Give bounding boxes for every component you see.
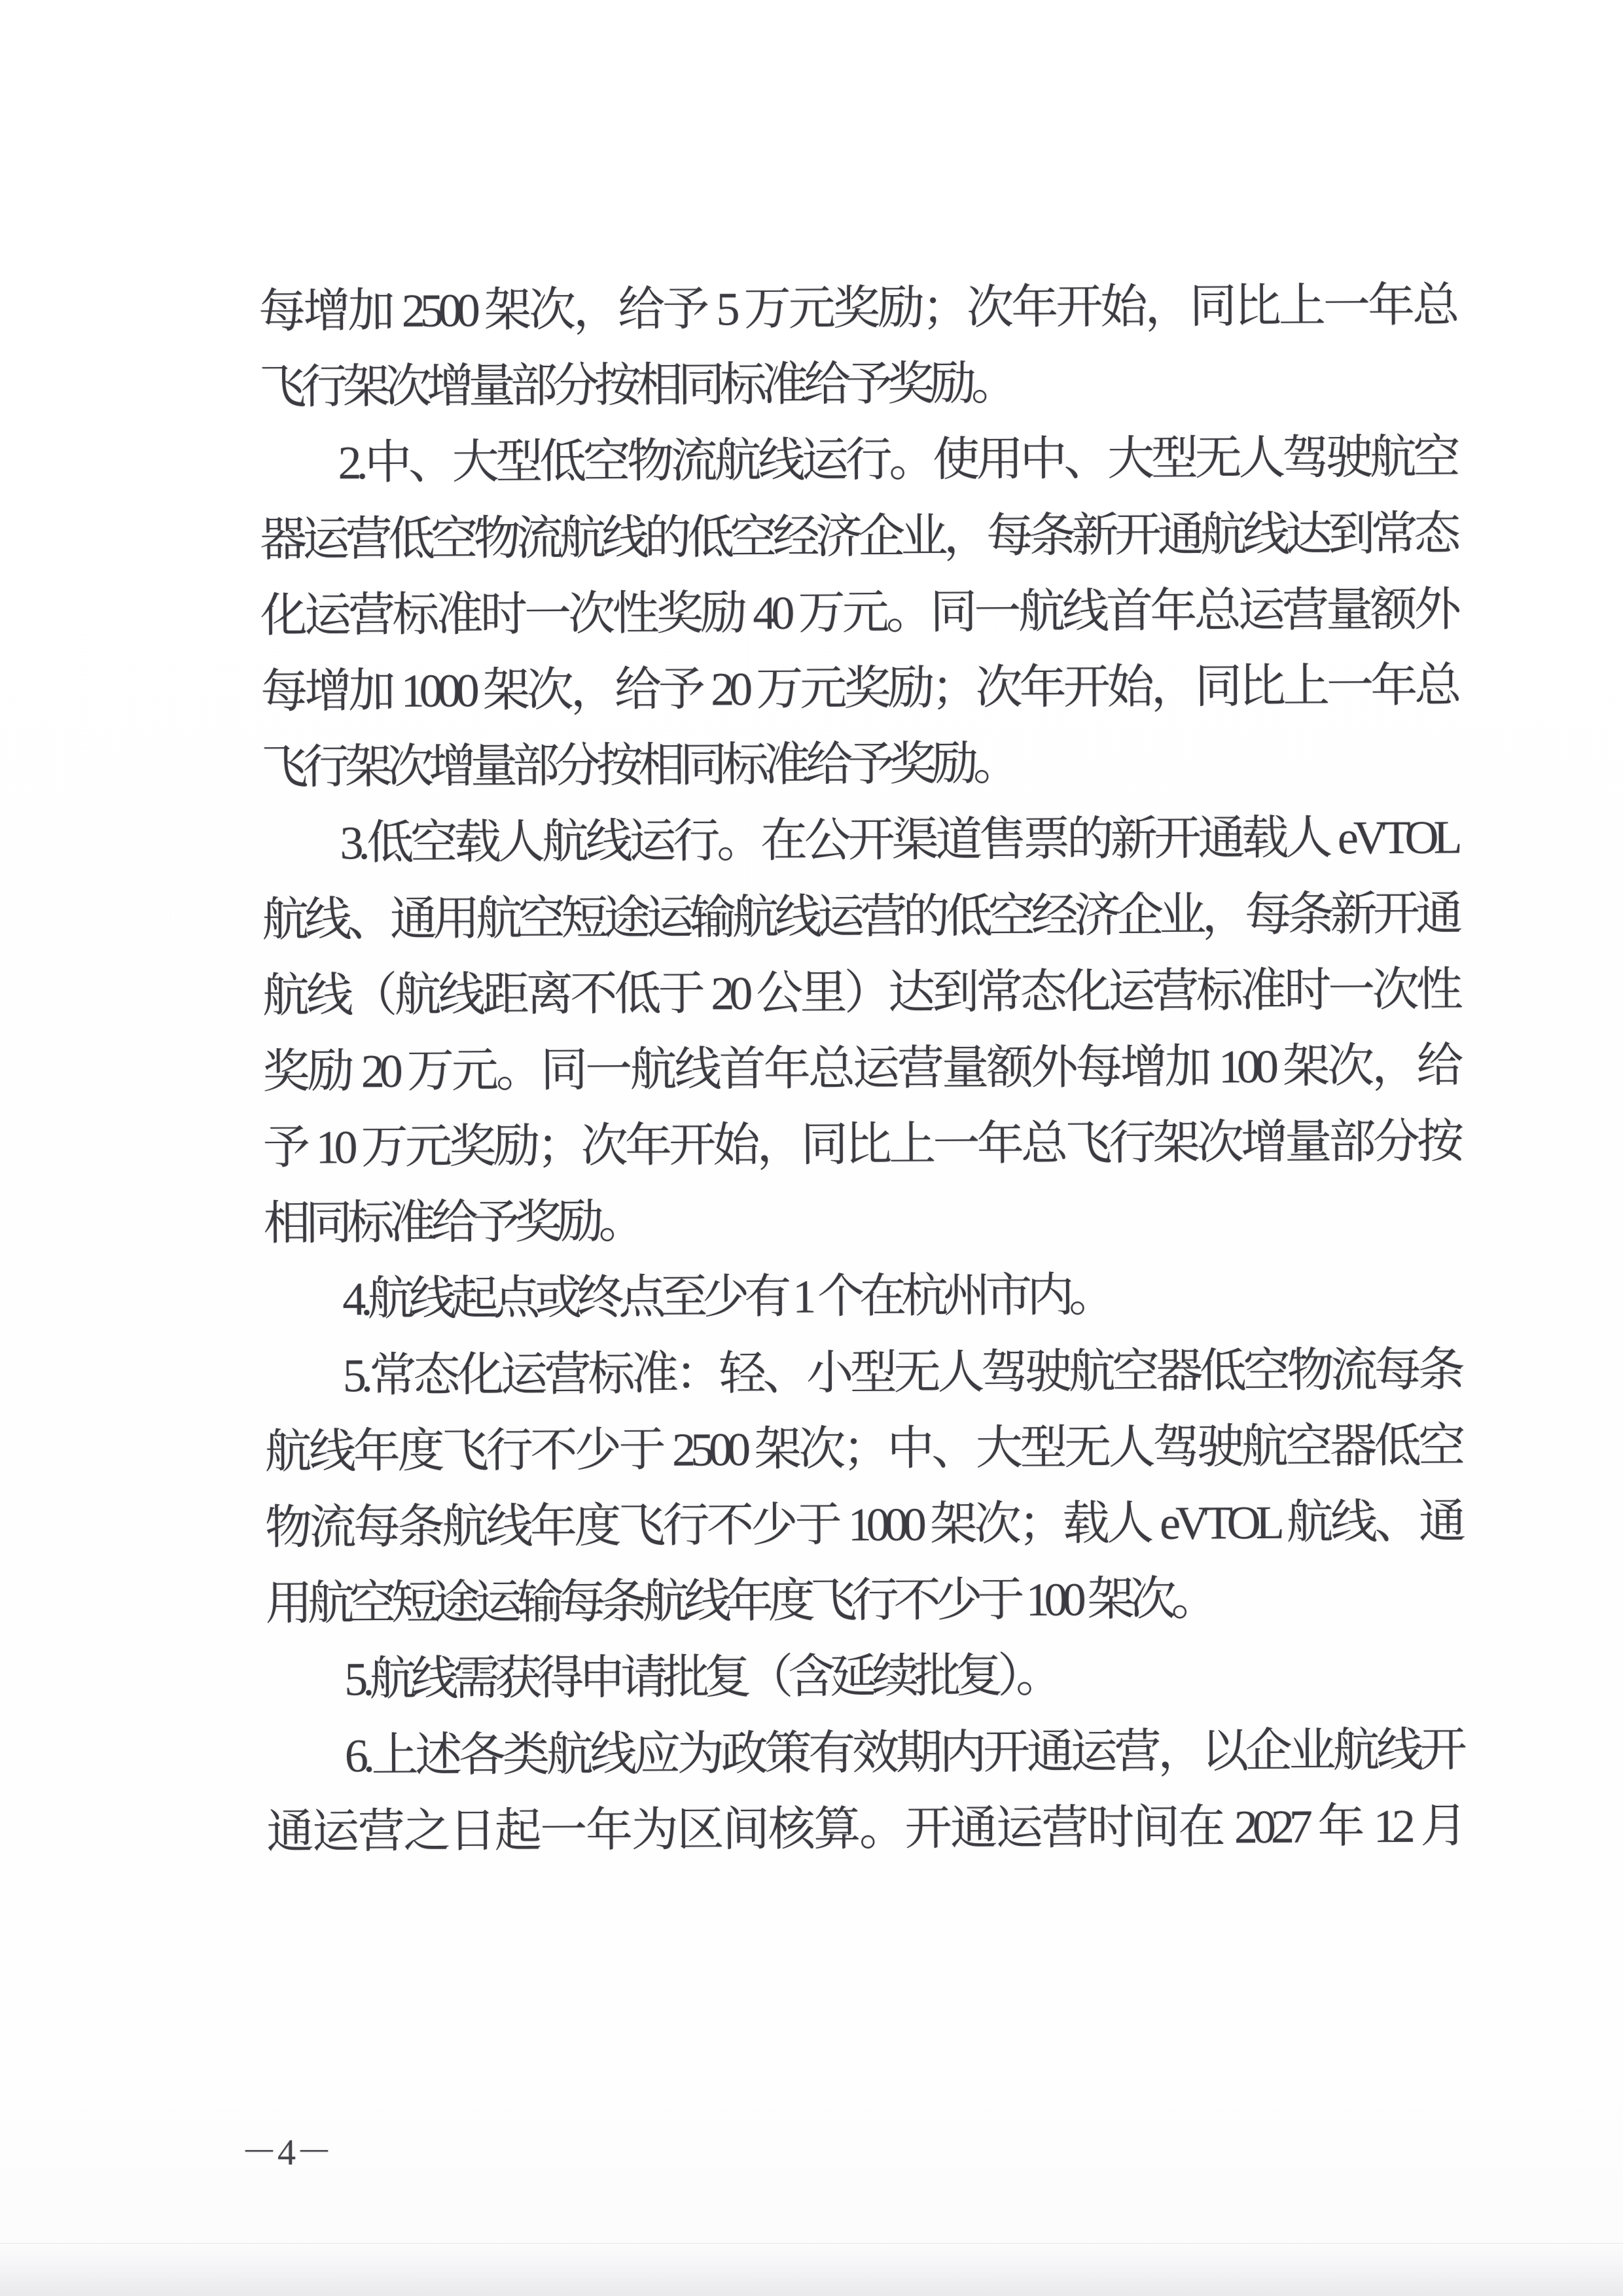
text-line: 6.上述各类航线应为政策有效期内开通运营，以企业航线开 [266,1712,1463,1794]
text-line: 航线、通用航空短途运输航线运营的低空经济企业，每条新开通 [262,875,1458,958]
text-line: 化运营标准时一次性奖励 40 万元。同一航线首年总运营量额外 [260,571,1456,654]
scan-bottom-edge [0,2243,1623,2296]
text-line: 予 10 万元奖励；次年开始，同比上一年总飞行架次增量部分按 [263,1103,1459,1186]
text-line: 通运营之日起一年为区间核算。开通运营时间在 2027 年 12 月 [266,1788,1463,1870]
text-line: 每增加 1000 架次，给予 20 万元奖励；次年开始，同比上一年总 [260,647,1457,730]
text-line: 3.低空载人航线运行。在公开渠道售票的新开通载人 eVTOL [261,800,1457,882]
document-text-block: 每增加 2500 架次，给予 5 万元奖励；次年开始，同比上一年总飞行架次增量部… [259,267,1463,1869]
text-line: 器运营低空物流航线的低空经济企业，每条新开通航线达到常态 [260,495,1456,578]
text-line: 航线（航线距离不低于 20 公里）达到常态化运营标准时一次性 [262,951,1458,1034]
text-line: 每增加 2500 架次，给予 5 万元奖励；次年开始，同比上一年总 [259,267,1455,349]
text-line: 相同标准给予奖励。 [263,1180,1459,1262]
text-line: 5.常态化运营标准：轻、小型无人驾驶航空器低空物流每条 [264,1332,1461,1414]
text-line: 飞行架次增量部分按相同标准给予奖励。 [259,344,1455,426]
text-line: 航线年度飞行不少于 2500 架次；中、大型无人驾驶航空器低空 [264,1407,1461,1490]
text-line: 用航空短途运输每条航线年度飞行不少于 100 架次。 [265,1560,1461,1642]
text-line: 飞行架次增量部分按相同标准给予奖励。 [261,724,1457,806]
document-page: 每增加 2500 架次，给予 5 万元奖励；次年开始，同比上一年总飞行架次增量部… [0,0,1623,2296]
text-line: 5.航线需获得申请批复（含延续批复）。 [266,1636,1462,1718]
page-number: －4－ [241,2132,332,2174]
text-line: 4.航线起点或终点至少有 1 个在杭州市内。 [264,1256,1460,1338]
text-line: 2.中、大型低空物流航线运行。使用中、大型无人驾驶航空 [259,419,1455,502]
text-line: 奖励 20 万元。同一航线首年总运营量额外每增加 100 架次，给 [262,1027,1459,1110]
text-line: 物流每条航线年度飞行不少于 1000 架次；载人 eVTOL 航线、通 [265,1483,1461,1566]
